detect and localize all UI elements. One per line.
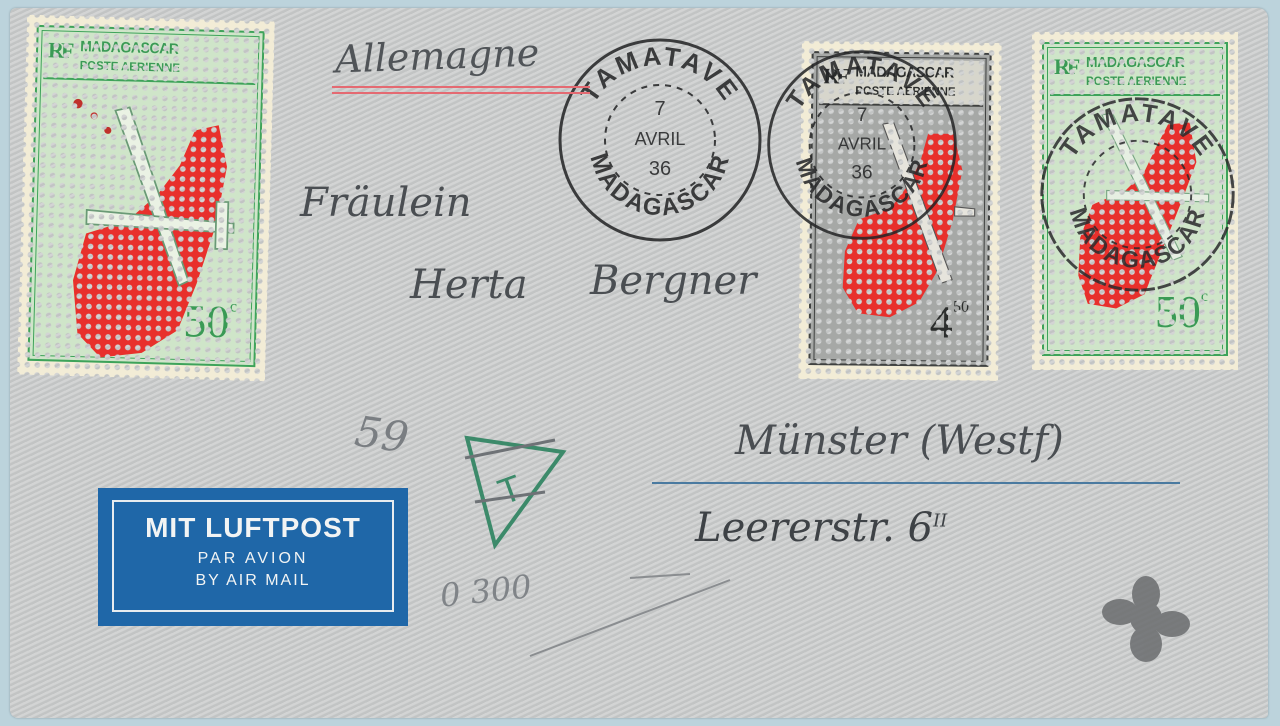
- airmail-label: MIT LUFTPOST PAR AVION BY AIR MAIL: [98, 488, 408, 626]
- handwritten-street: Leererstr. 6II: [695, 505, 947, 551]
- stamp-50c-right: RF MADAGASCAR POSTE AERIENNE 50c: [1032, 32, 1238, 370]
- tax-triangle-mark: T: [455, 430, 575, 550]
- airmail-label-line3: BY AIR MAIL: [114, 572, 392, 590]
- stamp-country: MADAGASCAR: [80, 38, 240, 59]
- handwritten-recipient-first: Herta: [410, 262, 528, 308]
- stamp-country: MADAGASCAR: [855, 64, 971, 82]
- handwritten-recipient-last: Bergner: [590, 258, 756, 304]
- pencil-stroke: [520, 560, 740, 670]
- stamp-4f50-middle: RF MADAGASCAR POSTE AERIENNE 450: [798, 41, 1002, 381]
- address-underline: [652, 482, 1180, 484]
- airmail-label-line2: PAR AVION: [114, 550, 392, 568]
- airmail-label-line1: MIT LUFTPOST: [114, 512, 392, 544]
- rf-emblem: RF: [1054, 54, 1077, 80]
- handwritten-city: Münster (Westf): [735, 418, 1064, 464]
- handwritten-salutation: Fräulein: [300, 180, 472, 226]
- handwritten-destination-country: Allemagne: [334, 30, 540, 81]
- svg-text:T: T: [492, 467, 527, 513]
- stamp-value: 50c: [183, 294, 238, 348]
- stamp-service: POSTE AERIENNE: [855, 84, 975, 99]
- stamp-value: 450: [930, 295, 970, 348]
- pencil-note-amount: 59: [352, 407, 412, 463]
- stamp-50c-left: RF MADAGASCAR POSTE AERIENNE 50c: [17, 15, 275, 382]
- stamp-value: 50c: [1155, 285, 1208, 338]
- rf-emblem: RF: [48, 37, 72, 64]
- routing-line-bottom: [332, 92, 590, 94]
- stamp-country: MADAGASCAR: [1086, 54, 1207, 71]
- stamp-service: POSTE AERIENNE: [79, 58, 245, 77]
- rf-emblem: RF: [823, 63, 847, 89]
- stamp-service: POSTE AERIENNE: [1086, 74, 1211, 88]
- ink-cross-mark: [1098, 572, 1193, 667]
- routing-line-top: [332, 86, 590, 88]
